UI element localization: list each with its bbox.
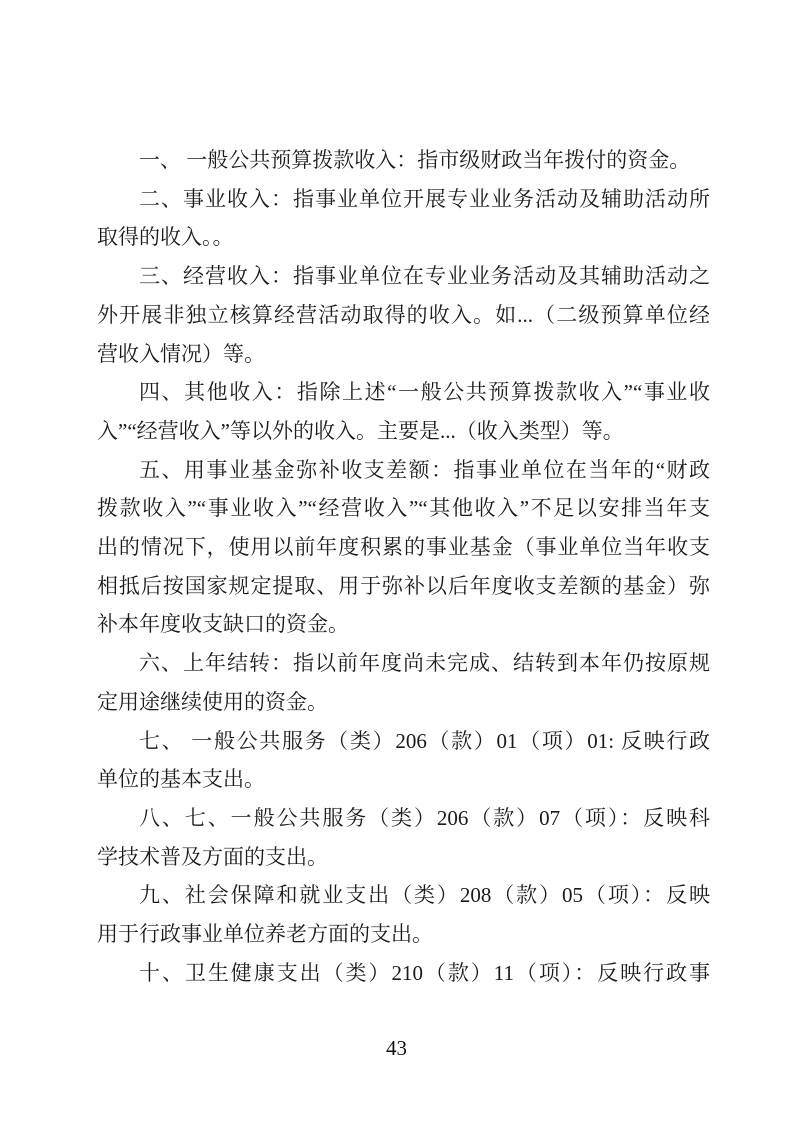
text-line: 外开展非独立核算经营活动取得的收入。如...（二级预算单位经 [97,296,710,335]
text-line: 三、经营收入：指事业单位在专业业务活动及其辅助活动之 [97,257,710,296]
paragraph-10: 十、卫生健康支出（类）210（款）11（项）：反映行政事 [97,954,710,993]
text-line: 入”“经营收入”等以外的收入。主要是...（收入类型）等。 [97,412,710,451]
text-line: 五、用事业基金弥补收支差额：指事业单位在当年的“财政 [97,451,710,490]
text-line: 六、上年结转：指以前年度尚未完成、结转到本年仍按原规 [97,644,710,683]
text-line: 相抵后按国家规定提取、用于弥补以后年度收支差额的基金）弥 [97,567,710,606]
text-line: 取得的收入。。 [97,218,710,257]
paragraph-2: 二、事业收入：指事业单位开展专业业务活动及辅助活动所 取得的收入。。 [97,180,710,257]
paragraph-1: 一、 一般公共预算拨款收入：指市级财政当年拨付的资金。 [97,141,710,180]
text-line: 定用途继续使用的资金。 [97,683,710,722]
paragraph-7: 七、 一般公共服务（类）206（款）01（项）01: 反映行政 单位的基本支出。 [97,722,710,799]
page-number: 43 [0,1036,793,1060]
paragraph-3: 三、经营收入：指事业单位在专业业务活动及其辅助活动之 外开展非独立核算经营活动取… [97,257,710,373]
text-line: 用于行政事业单位养老方面的支出。 [97,915,710,954]
text-line: 单位的基本支出。 [97,760,710,799]
paragraph-5: 五、用事业基金弥补收支差额：指事业单位在当年的“财政 拨款收入”“事业收入”“经… [97,451,710,645]
text-line: 十、卫生健康支出（类）210（款）11（项）：反映行政事 [97,954,710,993]
paragraph-6: 六、上年结转：指以前年度尚未完成、结转到本年仍按原规 定用途继续使用的资金。 [97,644,710,721]
text-block: 一、 一般公共预算拨款收入：指市级财政当年拨付的资金。 二、事业收入：指事业单位… [97,141,710,992]
paragraph-8: 八、七、一般公共服务（类）206（款）07（项）：反映科 学技术普及方面的支出。 [97,799,710,876]
text-line: 学技术普及方面的支出。 [97,838,710,877]
text-line: 拨款收入”“事业收入”“经营收入”“其他收入”不足以安排当年支 [97,489,710,528]
text-line: 八、七、一般公共服务（类）206（款）07（项）：反映科 [97,799,710,838]
document-page: 一、 一般公共预算拨款收入：指市级财政当年拨付的资金。 二、事业收入：指事业单位… [0,0,793,1122]
text-line: 七、 一般公共服务（类）206（款）01（项）01: 反映行政 [97,722,710,761]
text-line: 二、事业收入：指事业单位开展专业业务活动及辅助活动所 [97,180,710,219]
text-line: 一、 一般公共预算拨款收入：指市级财政当年拨付的资金。 [97,141,710,180]
text-line: 出的情况下，使用以前年度积累的事业基金（事业单位当年收支 [97,528,710,567]
paragraph-9: 九、社会保障和就业支出（类）208（款）05（项）：反映 用于行政事业单位养老方… [97,876,710,953]
text-line: 四、其他收入：指除上述“一般公共预算拨款收入”“事业收 [97,373,710,412]
text-line: 补本年度收支缺口的资金。 [97,605,710,644]
paragraph-4: 四、其他收入：指除上述“一般公共预算拨款收入”“事业收 入”“经营收入”等以外的… [97,373,710,450]
text-line: 营收入情况）等。 [97,335,710,374]
text-line: 九、社会保障和就业支出（类）208（款）05（项）：反映 [97,876,710,915]
